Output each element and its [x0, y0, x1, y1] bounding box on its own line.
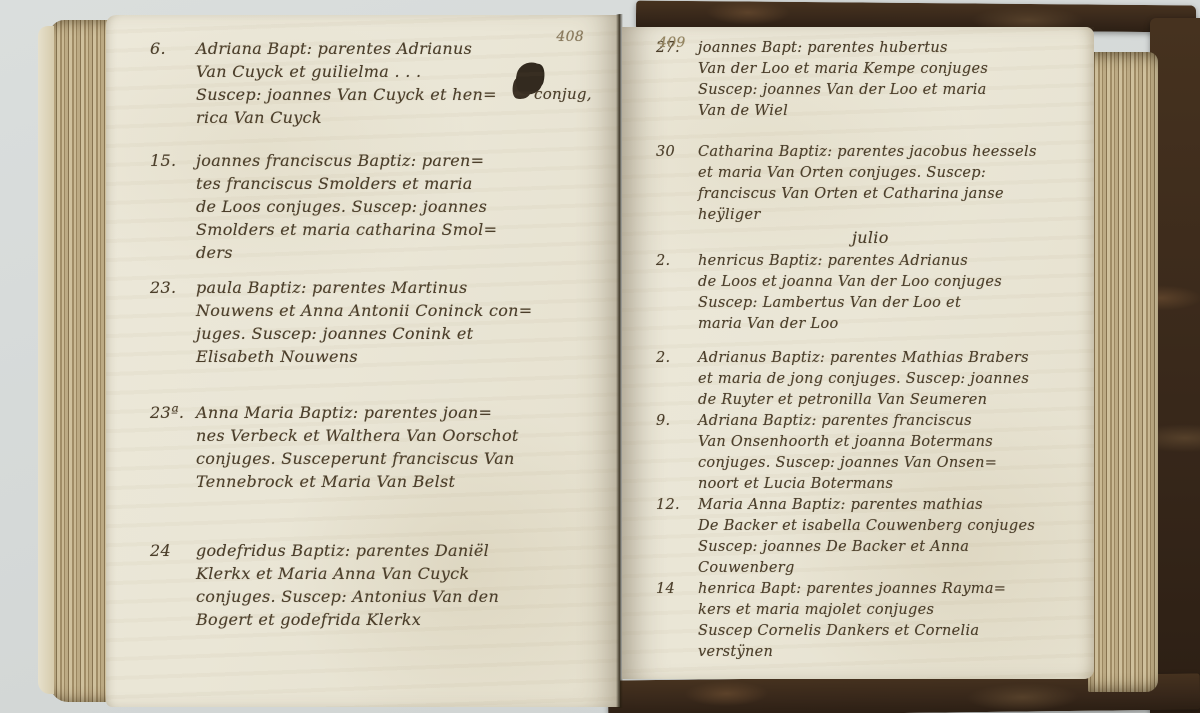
entry-line: Couwenberg	[698, 558, 1088, 579]
entry-line: Van de Wiel	[698, 101, 1088, 122]
entry-line: de Ruyter et petronilla Van Seumeren	[698, 390, 1088, 411]
entry-line: Catharina Baptiz: parentes jacobus heess…	[698, 142, 1088, 163]
entry-text: Catharina Baptiz: parentes jacobus heess…	[698, 142, 1088, 226]
entry-line: Suscep: Lambertus Van der Loo et	[698, 293, 1088, 314]
entry-day-number: 30	[656, 142, 698, 226]
entry-line: conjuges. Susceperunt franciscus Van	[196, 447, 604, 470]
entry-line: paula Baptiz: parentes Martinus	[196, 276, 604, 299]
register-entry: 12.Maria Anna Baptiz: parentes mathiasDe…	[656, 495, 1088, 579]
entry-text: Adrianus Baptiz: parentes Mathias Braber…	[698, 348, 1088, 411]
register-entry: 30Catharina Baptiz: parentes jacobus hee…	[656, 142, 1088, 226]
entry-line: Adriana Baptiz: parentes franciscus	[698, 411, 1088, 432]
entry-text: Anna Maria Baptiz: parentes joan=nes Ver…	[196, 401, 604, 493]
entry-line: godefridus Baptiz: parentes Daniël	[196, 539, 604, 562]
right-page-edges-stack	[1088, 52, 1158, 692]
entry-day-number: 9.	[656, 411, 698, 495]
entry-line: noort et Lucia Botermans	[698, 474, 1088, 495]
entry-line: ders	[196, 241, 604, 264]
entry-line: kers et maria majolet conjuges	[698, 600, 1088, 621]
right-page: 409 27.joannes Bapt: parentes hubertusVa…	[622, 27, 1094, 679]
entry-line: juges. Suscep: joannes Conink et	[196, 322, 604, 345]
entry-line: Van Onsenhoorth et joanna Botermans	[698, 432, 1088, 453]
entry-line: et maria Van Orten conjuges. Suscep:	[698, 163, 1088, 184]
entry-day-number: 23ª.	[150, 401, 196, 493]
entry-line: verstÿnen	[698, 642, 1088, 663]
entry-day-number: 15.	[150, 149, 196, 264]
register-entry: 2.Adrianus Baptiz: parentes Mathias Brab…	[656, 348, 1088, 411]
register-entry: 15.joannes franciscus Baptiz: paren=tes …	[150, 149, 604, 264]
entry-line: Adriana Bapt: parentes Adrianus	[196, 37, 604, 60]
register-entry: 23.paula Baptiz: parentes MartinusNouwen…	[150, 276, 604, 368]
entry-day-number: 2.	[656, 251, 698, 335]
right-page-number: 409	[658, 35, 686, 51]
entry-text: joannes franciscus Baptiz: paren=tes fra…	[196, 149, 604, 264]
entry-line: Bogert et godefrida Klerkx	[196, 608, 604, 631]
entry-line: Suscep Cornelis Dankers et Cornelia	[698, 621, 1088, 642]
left-page-entries: 6.Adriana Bapt: parentes AdrianusVan Cuy…	[150, 37, 604, 631]
entry-text: paula Baptiz: parentes MartinusNouwens e…	[196, 276, 604, 368]
entry-text: godefridus Baptiz: parentes DaniëlKlerkx…	[196, 539, 604, 631]
entry-line: henricus Baptiz: parentes Adrianus	[698, 251, 1088, 272]
entry-day-number: 12.	[656, 495, 698, 579]
entry-day-number: 6.	[150, 37, 196, 129]
entry-line: de Loos et joanna Van der Loo conjuges	[698, 272, 1088, 293]
entry-day-number: 24	[150, 539, 196, 631]
entry-line: rica Van Cuyck	[196, 106, 604, 129]
register-entry: 2.henricus Baptiz: parentes Adrianusde L…	[656, 251, 1088, 335]
register-entry: 24godefridus Baptiz: parentes DaniëlKler…	[150, 539, 604, 631]
entry-line: maria Van der Loo	[698, 314, 1088, 335]
entry-line: heÿliger	[698, 205, 1088, 226]
entry-line: Elisabeth Nouwens	[196, 345, 604, 368]
left-page: 408 6.Adriana Bapt: parentes AdrianusVan…	[106, 15, 620, 707]
register-entry: 14henrica Bapt: parentes joannes Rayma=k…	[656, 579, 1088, 663]
entry-line: Suscep: joannes De Backer et Anna	[698, 537, 1088, 558]
entry-text: joannes Bapt: parentes hubertusVan der L…	[698, 38, 1088, 122]
entry-text: Adriana Baptiz: parentes franciscusVan O…	[698, 411, 1088, 495]
entry-text: henrica Bapt: parentes joannes Rayma=ker…	[698, 579, 1088, 663]
entry-line: Nouwens et Anna Antonii Coninck con=	[196, 299, 604, 322]
marginal-word: conjug,	[534, 85, 592, 103]
entry-text: henricus Baptiz: parentes Adrianusde Loo…	[698, 251, 1088, 335]
entry-line: Tennebrock et Maria Van Belst	[196, 470, 604, 493]
entry-line: et maria de jong conjuges. Suscep: joann…	[698, 369, 1088, 390]
entry-line: nes Verbeck et Walthera Van Oorschot	[196, 424, 604, 447]
entry-line: De Backer et isabella Couwenberg conjuge…	[698, 516, 1088, 537]
right-page-entries: 27.joannes Bapt: parentes hubertusVan de…	[656, 38, 1088, 663]
entry-line: Anna Maria Baptiz: parentes joan=	[196, 401, 604, 424]
entry-line: joannes franciscus Baptiz: paren=	[196, 149, 604, 172]
entry-line: Van der Loo et maria Kempe conjuges	[698, 59, 1088, 80]
baptismal-register-photo: 408 6.Adriana Bapt: parentes AdrianusVan…	[0, 0, 1200, 713]
entry-line: henrica Bapt: parentes joannes Rayma=	[698, 579, 1088, 600]
left-page-number: 408	[556, 29, 584, 45]
entry-line: joannes Bapt: parentes hubertus	[698, 38, 1088, 59]
entry-text: Adriana Bapt: parentes AdrianusVan Cuyck…	[196, 37, 604, 129]
entry-day-number: 2.	[656, 348, 698, 411]
entry-line: tes franciscus Smolders et maria	[196, 172, 604, 195]
entry-day-number: 14	[656, 579, 698, 663]
register-entry: 23ª.Anna Maria Baptiz: parentes joan=nes…	[150, 401, 604, 493]
entry-line: de Loos conjuges. Suscep: joannes	[196, 195, 604, 218]
entry-line: Klerkx et Maria Anna Van Cuyck	[196, 562, 604, 585]
entry-line: Suscep: joannes Van der Loo et maria	[698, 80, 1088, 101]
month-heading: julio	[852, 228, 1088, 247]
entry-line: conjuges. Suscep: joannes Van Onsen=	[698, 453, 1088, 474]
register-entry: 9.Adriana Baptiz: parentes franciscusVan…	[656, 411, 1088, 495]
entry-line: conjuges. Suscep: Antonius Van den	[196, 585, 604, 608]
entry-line: Maria Anna Baptiz: parentes mathias	[698, 495, 1088, 516]
register-entry: 27.joannes Bapt: parentes hubertusVan de…	[656, 38, 1088, 122]
entry-line: franciscus Van Orten et Catharina janse	[698, 184, 1088, 205]
entry-line: Adrianus Baptiz: parentes Mathias Braber…	[698, 348, 1088, 369]
entry-text: Maria Anna Baptiz: parentes mathiasDe Ba…	[698, 495, 1088, 579]
entry-line: Smolders et maria catharina Smol=	[196, 218, 604, 241]
entry-day-number: 23.	[150, 276, 196, 368]
